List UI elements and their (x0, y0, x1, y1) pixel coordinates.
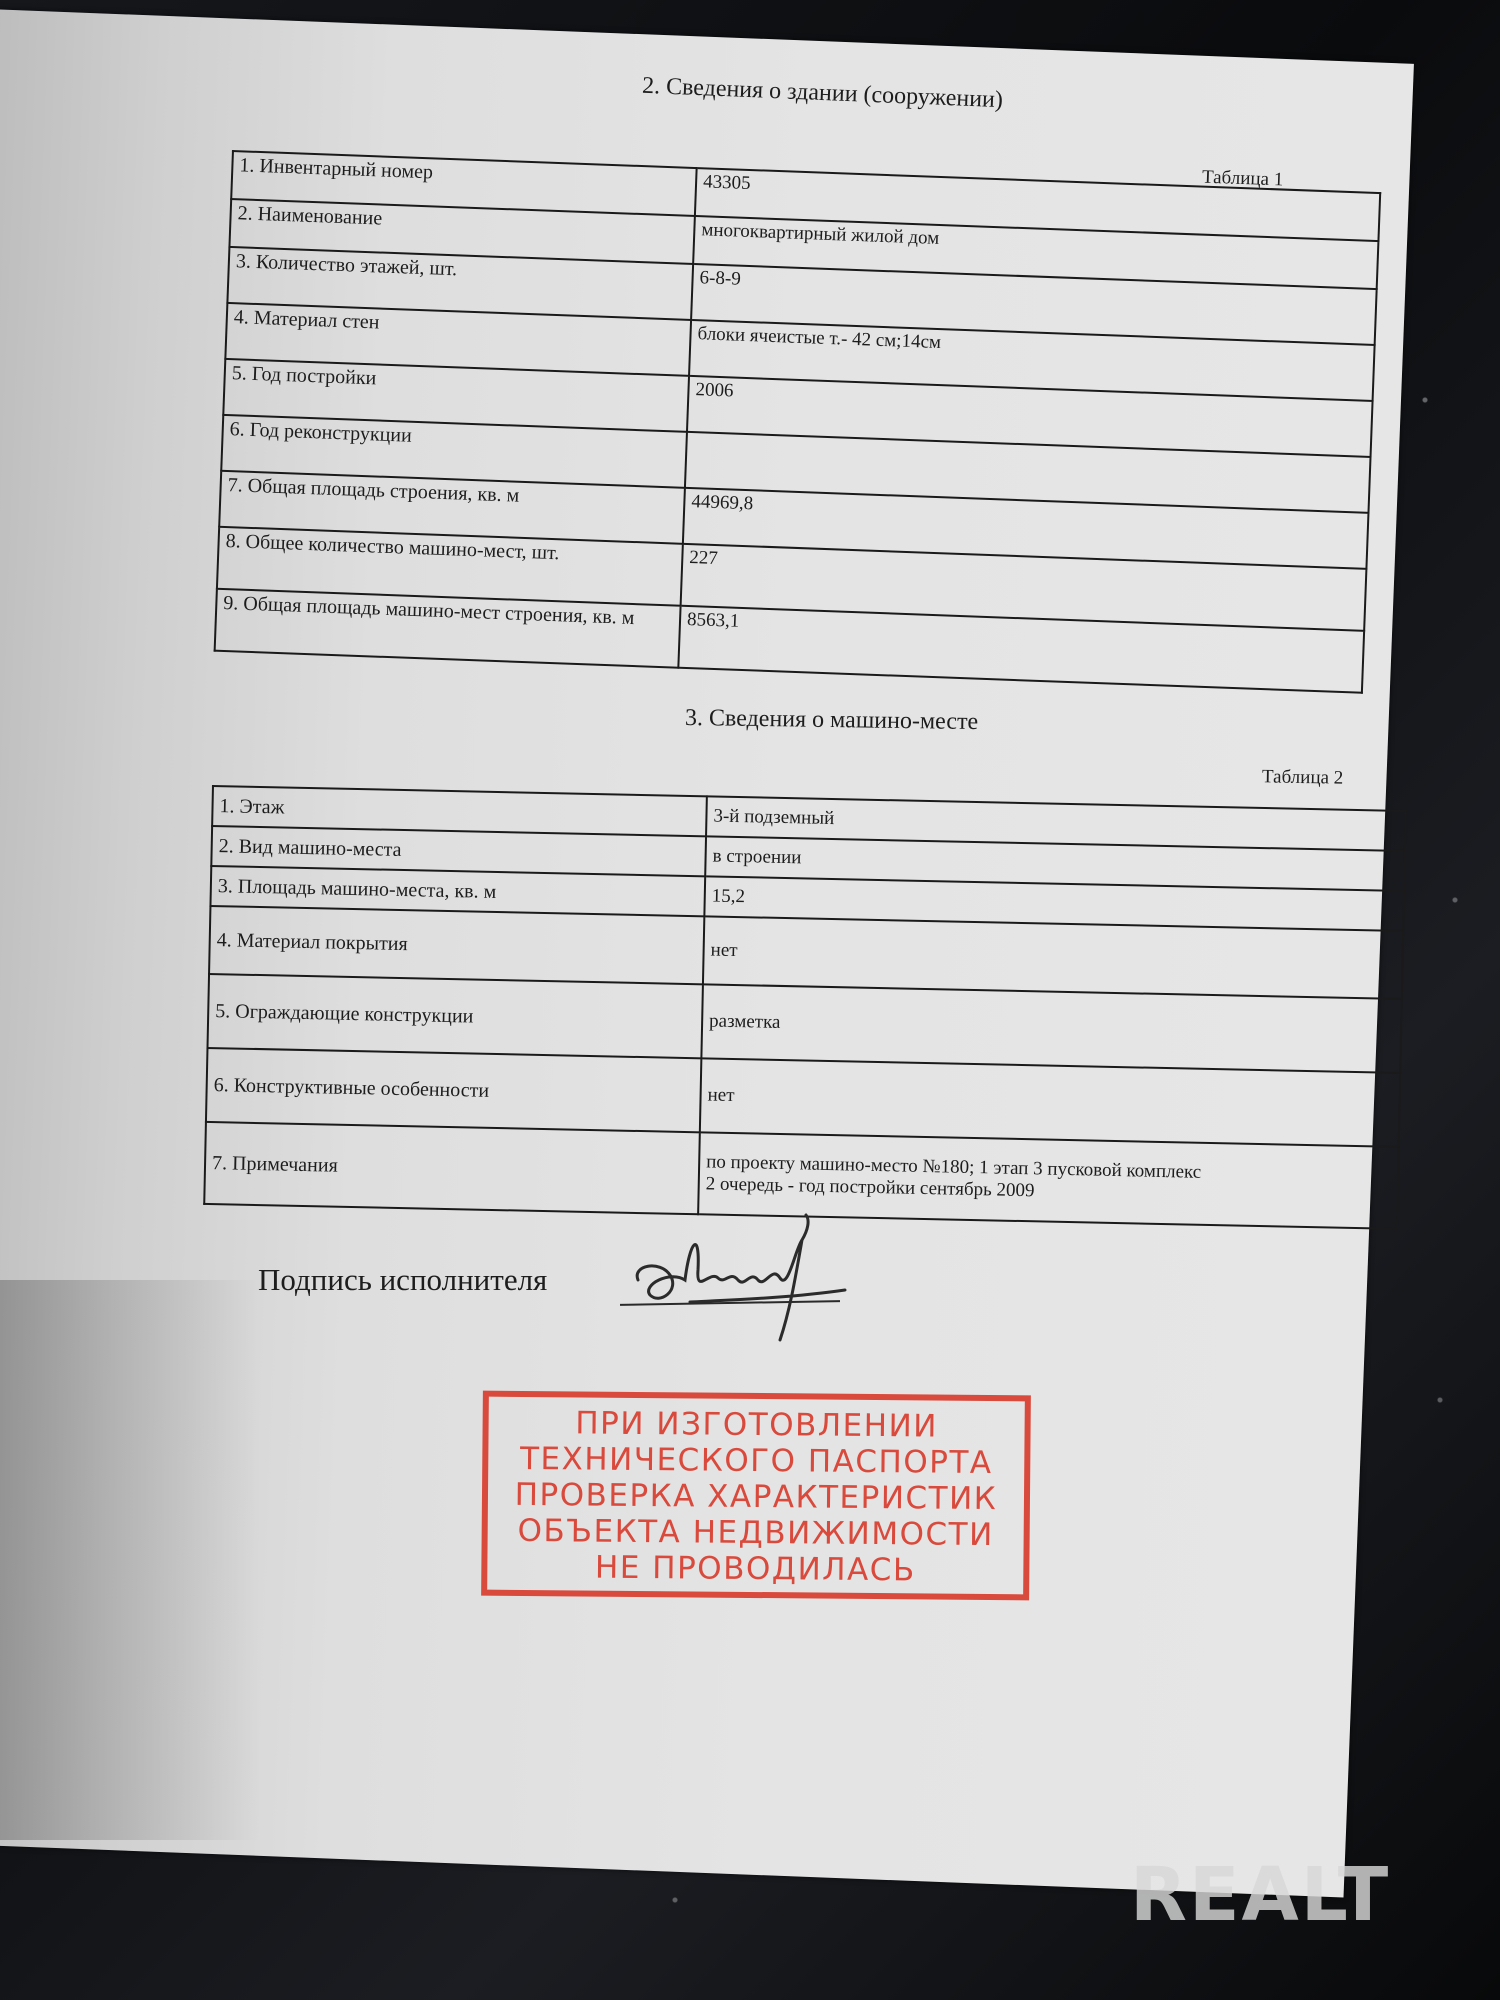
section-3-title: 3. Сведения о машино-месте (685, 705, 979, 736)
warning-stamp: ПРИ ИЗГОТОВЛЕНИИ ТЕХНИЧЕСКОГО ПАСПОРТА П… (481, 1391, 1031, 1601)
row-label: 4. Материал покрытия (209, 906, 704, 984)
row-label: 5. Ограждающие конструкции (207, 974, 702, 1058)
signature-label: Подпись исполнителя (258, 1262, 547, 1298)
building-info-table: 1. Инвентарный номер 43305 2. Наименован… (214, 150, 1382, 694)
table-2-caption: Таблица 2 (1262, 766, 1344, 789)
row-label: 6. Конструктивные особенности (206, 1048, 701, 1132)
row-label: 7. Примечания (204, 1122, 700, 1214)
stamp-line: ТЕХНИЧЕСКОГО ПАСПОРТА (488, 1441, 1024, 1482)
signature-icon (630, 1210, 850, 1350)
stamp-line: ОБЪЕКТА НЕДВИЖИМОСТИ (488, 1513, 1024, 1554)
document-content: 2. Сведения о здании (сооружении) Таблиц… (0, 0, 1500, 2000)
stamp-line: ПРОВЕРКА ХАРАКТЕРИСТИК (488, 1477, 1024, 1518)
realt-watermark: REALT (1130, 1852, 1390, 1938)
section-2-title: 2. Сведения о здании (сооружении) (642, 73, 1004, 114)
parking-space-table: 1. Этаж 3-й подземный 2. Вид машино-мест… (203, 785, 1407, 1230)
stamp-line: НЕ ПРОВОДИЛАСЬ (487, 1549, 1023, 1590)
photo-scene: 2. Сведения о здании (сооружении) Таблиц… (0, 0, 1500, 2000)
stamp-line: ПРИ ИЗГОТОВЛЕНИИ (488, 1405, 1024, 1446)
